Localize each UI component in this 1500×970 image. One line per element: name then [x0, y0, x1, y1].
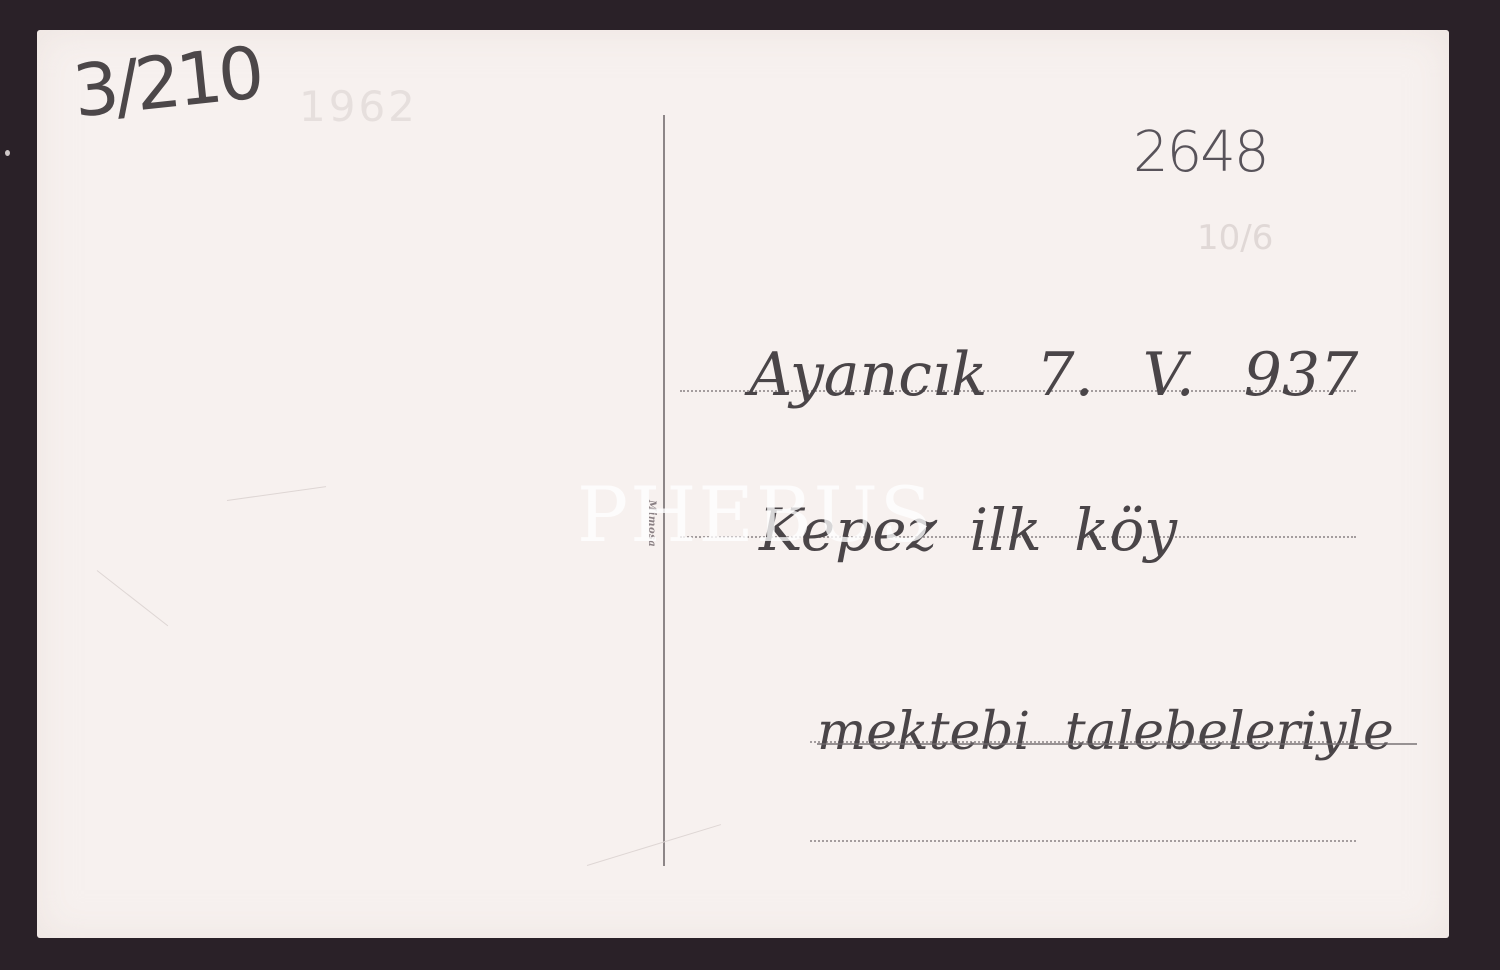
backdrop-speck: [5, 150, 10, 156]
paper-scratch: [97, 570, 169, 626]
message-line-village: Kepez ilk köy: [759, 496, 1177, 564]
faint-sub-number: 10/6: [1197, 218, 1273, 258]
handwritten-underline: [817, 743, 1417, 745]
paper-scratch: [587, 824, 721, 866]
message-line-place-date: Ayancık 7. V. 937: [749, 340, 1358, 410]
postcard-back: 3/210 1962 2648 10/6 Mimosa Ayancık 7. V…: [37, 30, 1449, 938]
publisher-imprint: Mimosa: [646, 500, 657, 547]
address-line-4: [810, 840, 1356, 842]
message-line-students: mektebi talebeleriyle: [817, 702, 1394, 762]
paper-scratch: [227, 486, 326, 501]
center-divider-line: [663, 115, 665, 866]
pencil-reference-number: 3/210: [69, 30, 264, 133]
faint-year-note: 1962: [299, 82, 418, 131]
pencil-stock-number: 2648: [1133, 120, 1268, 185]
